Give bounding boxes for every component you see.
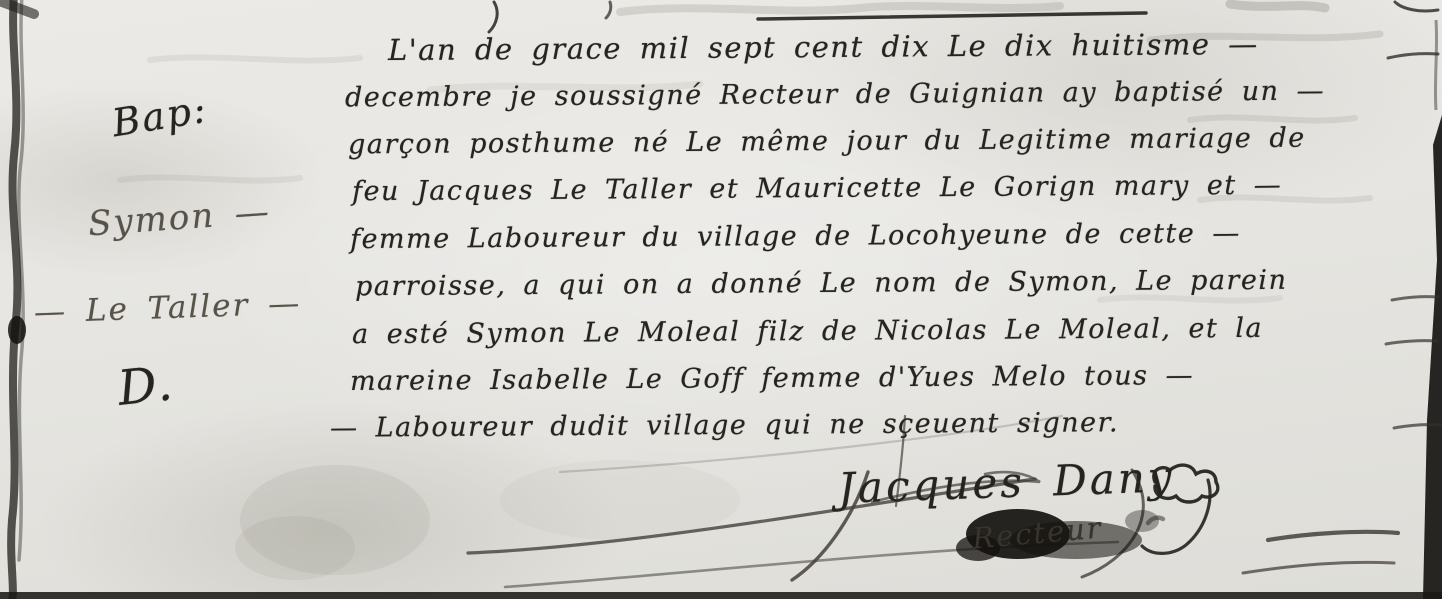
page-edge-right-upper [1435,20,1436,110]
paper-smudge [235,460,740,580]
signature-title: Recteur [971,510,1104,555]
act-line-1: L'an de grace mil sept cent dix Le dix h… [388,27,1259,67]
act-line-3: garçon posthume né Le même jour du Legit… [348,123,1306,161]
margin-note-d: D. [115,355,177,417]
act-line-4: feu Jacques Le Taller et Mauricette Le G… [352,170,1282,207]
page-edge-right [1423,115,1442,599]
top-cutoff-strokes [489,2,1438,32]
act-line-8: mareine Isabelle Le Goff femme d'Yues Me… [350,360,1194,397]
act-line-6: parroisse, a qui on a donné Le nom de Sy… [355,265,1288,303]
margin-note-le-taller: — Le Taller — [33,285,301,330]
line-end-dashes [1386,54,1440,428]
act-line-5: femme Laboureur du village de Locohyeune… [350,218,1241,255]
act-line-9: — Laboureur dudit village qui ne sçeuent… [330,407,1119,444]
margin-note-symon: Symon — [87,192,272,245]
act-line-7: a esté Symon Le Moleal filz de Nicolas L… [352,313,1263,350]
binding-edge-left [2,0,34,599]
page-edge-bottom [0,592,1442,599]
margin-note-bap: Bap: [109,87,210,145]
manuscript-page: Bap: Symon — — Le Taller — D. L'an de gr… [0,0,1442,599]
act-line-2: decembre je soussigné Recteur de Guignia… [345,76,1325,114]
signature-name: Jacques Dany [837,452,1175,513]
